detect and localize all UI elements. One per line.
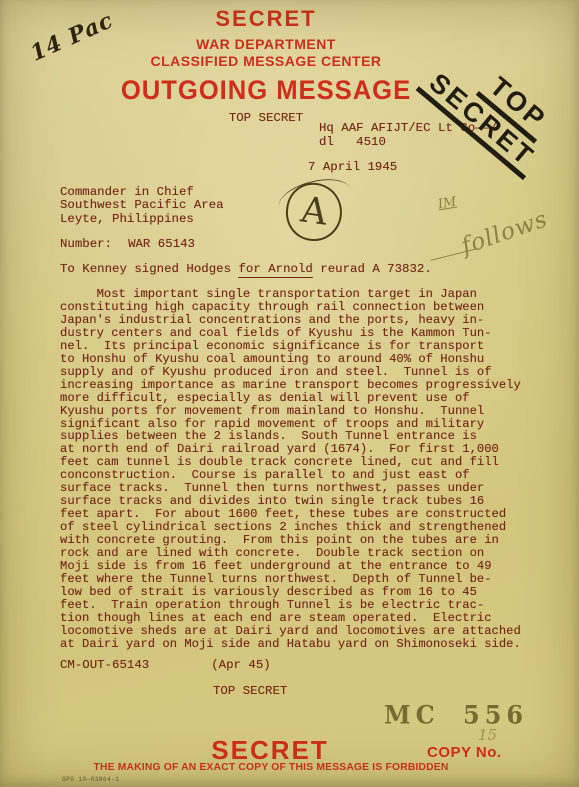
message-date: 7 April 1945: [308, 160, 397, 174]
addressee-block: Commander in Chief Southwest Pacific Are…: [60, 186, 224, 226]
cm-out-line: CM-OUT-65143(Apr 45): [60, 658, 271, 672]
message-number-value: WAR 65143: [128, 237, 195, 251]
pencil-note-follows: follows: [458, 206, 551, 260]
message-form-page: SECRET WAR DEPARTMENT CLASSIFIED MESSAGE…: [0, 0, 579, 787]
typed-top-secret-footer: TOP SECRET: [213, 684, 287, 698]
cm-out-date: (Apr 45): [211, 658, 271, 672]
to-line-underlined: for Arnold: [238, 262, 312, 278]
message-number-label: Number:: [60, 237, 112, 251]
gpo-print-code: GPO 10—03864-1: [62, 776, 119, 783]
mc-556-stamp: MC 556: [384, 699, 528, 729]
message-number-line: Number:WAR 65143: [60, 237, 195, 251]
originator-line2: dl 4510: [319, 135, 386, 149]
pencil-initials: IM: [437, 195, 458, 213]
forbidden-notice: THE MAKING OF AN EXACT COPY OF THIS MESS…: [93, 762, 448, 773]
pencil-copy-number: 15: [478, 726, 497, 744]
copy-no-label: COPY No.: [427, 744, 502, 761]
cm-out-number: CM-OUT-65143: [60, 658, 149, 672]
to-line: To Kenney signed Hodges for Arnold reura…: [60, 262, 432, 276]
to-line-pre: To Kenney signed Hodges: [60, 262, 238, 276]
message-body: Most important single transportation tar…: [60, 288, 521, 651]
to-line-post: reurad A 73832.: [313, 262, 432, 276]
